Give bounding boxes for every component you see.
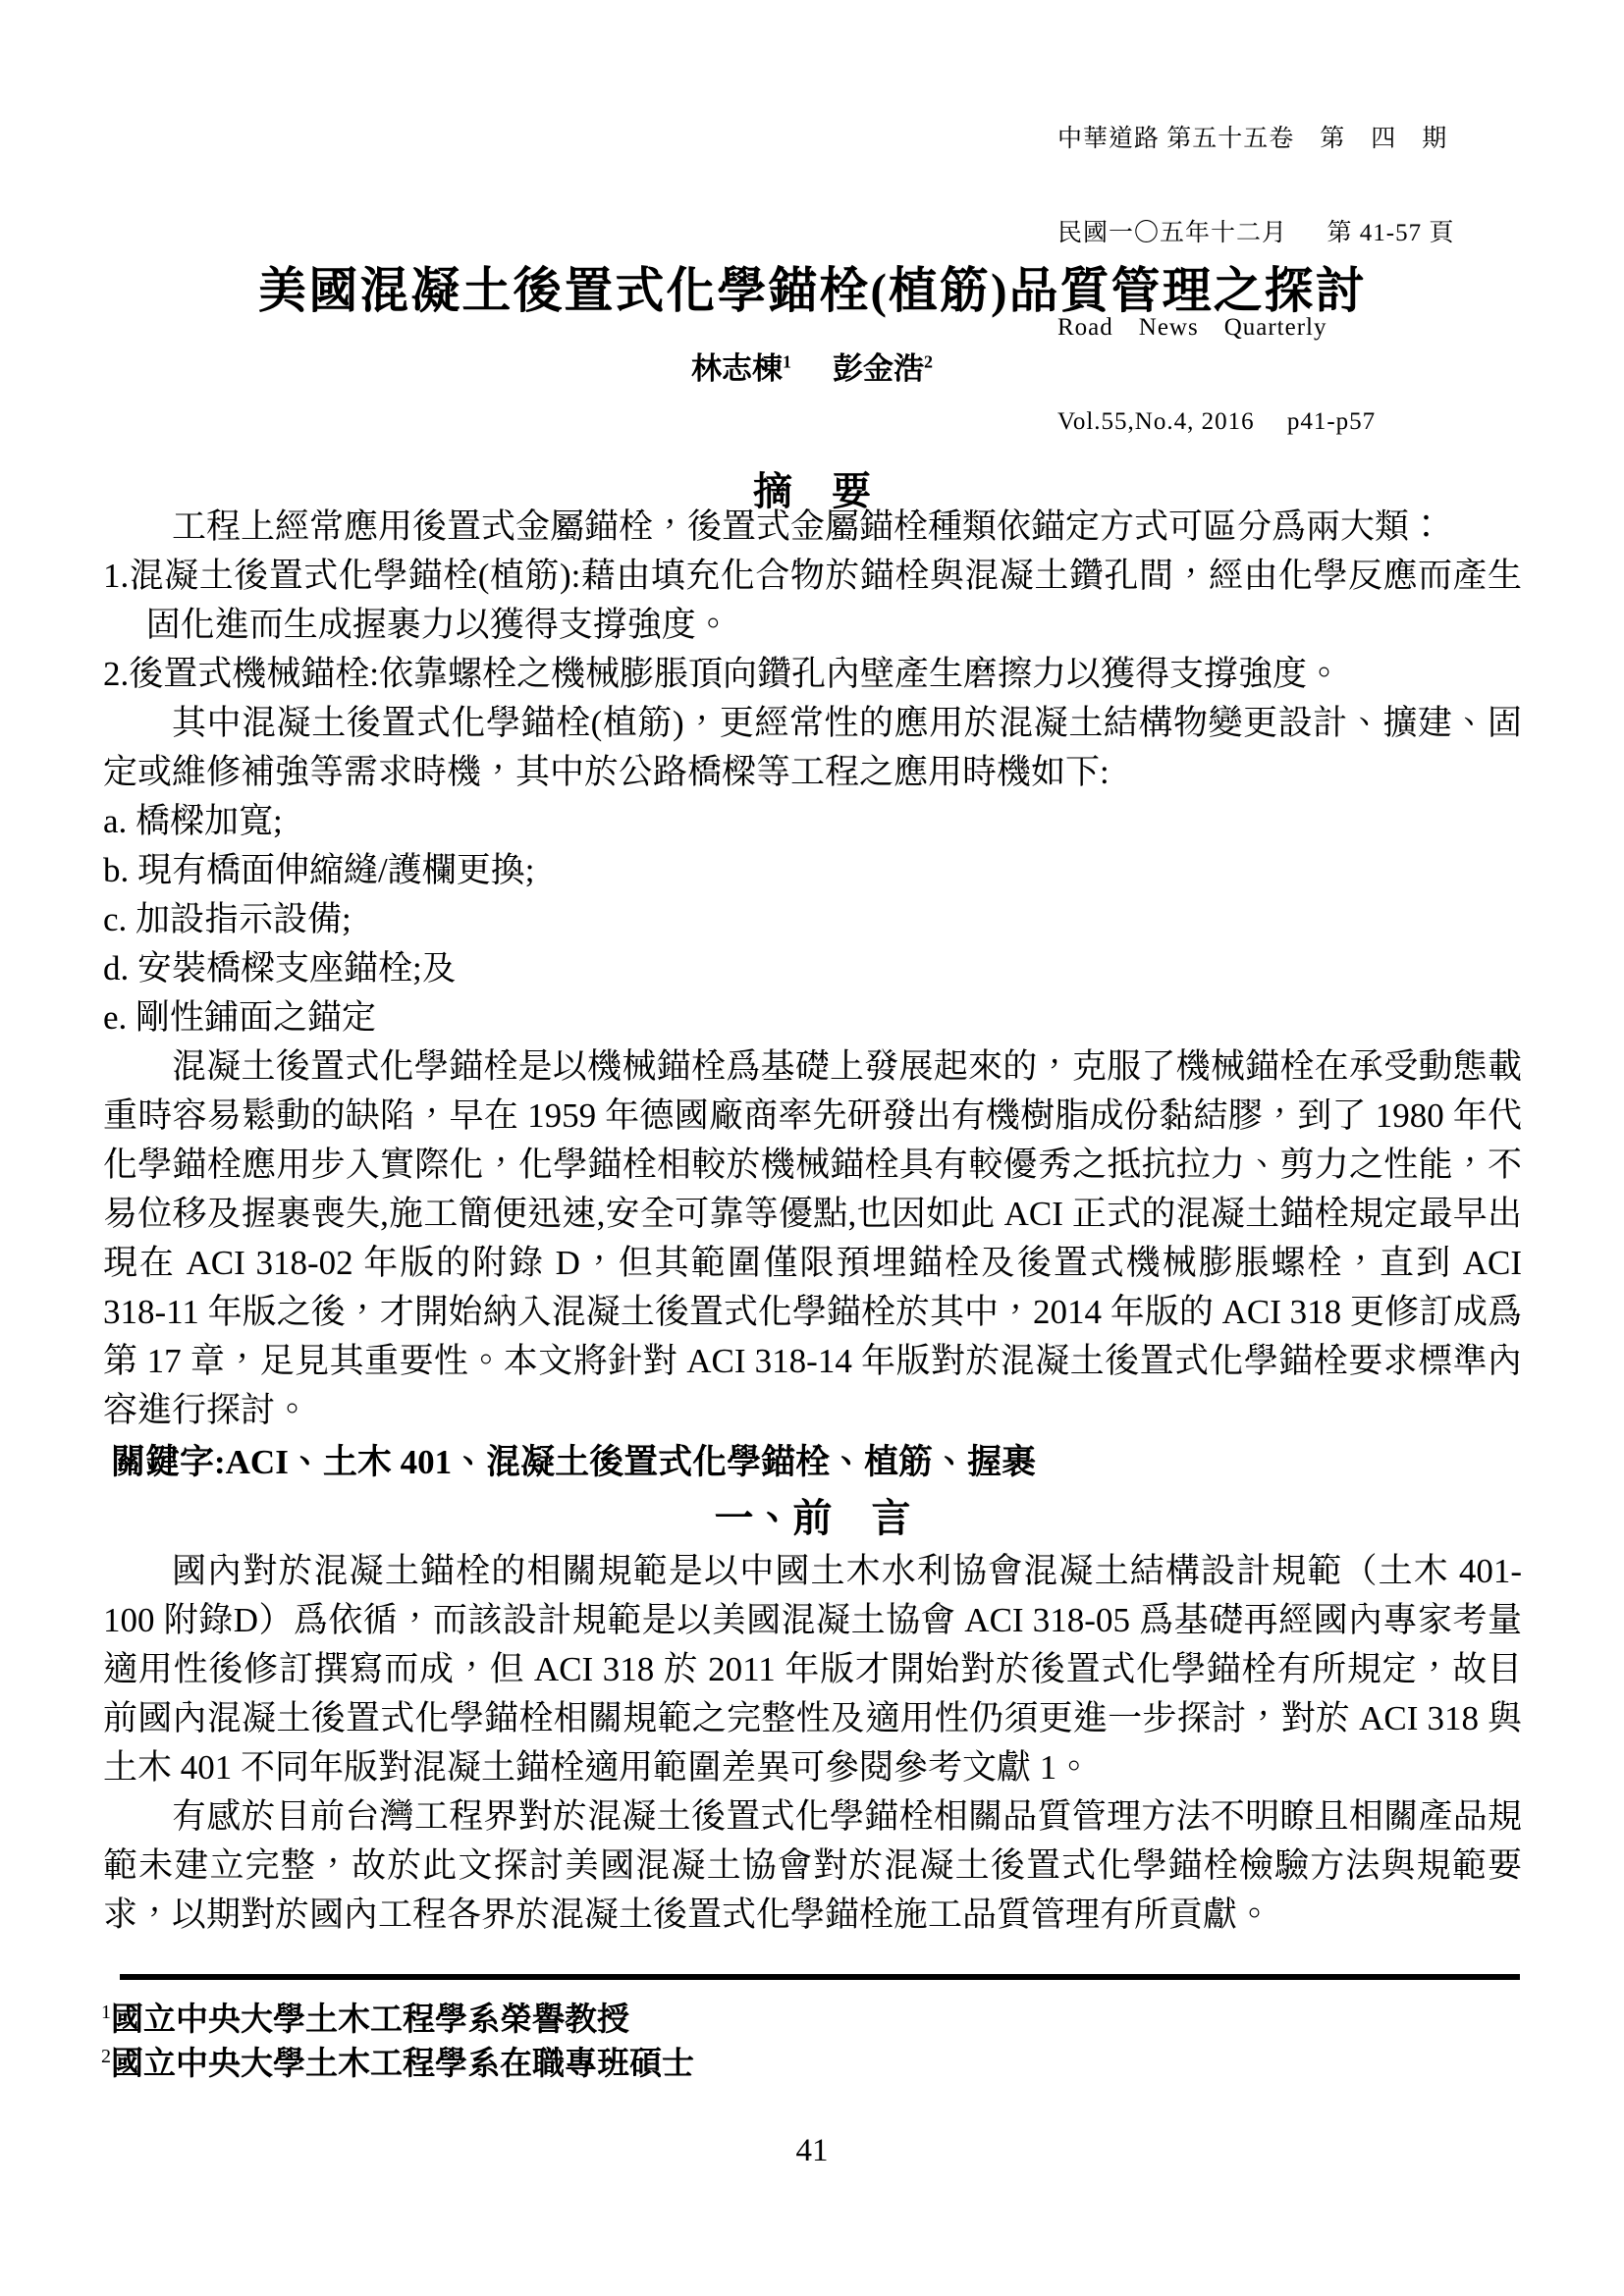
abstract-paragraph: b. 現有橋面伸縮縫/護欄更換; (103, 846, 1522, 895)
body-text: 工程上經常應用後置式金屬錨栓，後置式金屬錨栓種類依錨定方式可區分爲兩大類：1.混… (103, 503, 1522, 1940)
paper-title: 美國混凝土後置式化學錨栓(植筋)品質管理之探討 (0, 251, 1624, 322)
section-heading-introduction: 一、前 言 (103, 1493, 1522, 1544)
page-number: 41 (0, 2133, 1624, 2169)
abstract-paragraph: 2.後置式機械錨栓:依靠螺栓之機械膨脹頂向鑽孔內壁產生磨擦力以獲得支撐強度。 (103, 650, 1522, 699)
journal-header-line-vol-no: Vol.55,No.4, 2016 p41-p57 (1057, 406, 1454, 438)
superscript-number: 2 (924, 352, 933, 372)
abstract-paragraph: 混凝土後置式化學錨栓是以機械錨栓爲基礎上發展起來的，克服了機械錨栓在承受動態載重… (103, 1042, 1522, 1435)
introduction-body: 國內對於混凝土錨栓的相關規範是以中國土木水利協會混凝土結構設計規範（土木 401… (103, 1547, 1522, 1940)
abstract-body: 工程上經常應用後置式金屬錨栓，後置式金屬錨栓種類依錨定方式可區分爲兩大類：1.混… (103, 503, 1522, 1435)
introduction-paragraph: 國內對於混凝土錨栓的相關規範是以中國土木水利協會混凝土結構設計規範（土木 401… (103, 1547, 1522, 1792)
keywords-line: 關鍵字:ACI、土木 401、混凝土後置式化學錨栓、植筋、握裹 (103, 1437, 1522, 1488)
footnotes: 1國立中央大學土木工程學系榮譽教授2國立中央大學土木工程學系在職專班碩士 (101, 1997, 1520, 2085)
journal-header-line-volume: 中華道路 第五十五卷 第 四 期 (1057, 124, 1454, 155)
abstract-paragraph: d. 安裝橋樑支座錨栓;及 (103, 944, 1522, 993)
superscript-number: 1 (101, 2002, 111, 2023)
footnote: 2國立中央大學土木工程學系在職專班碩士 (101, 2041, 1520, 2085)
superscript-number: 2 (101, 2046, 111, 2067)
abstract-paragraph: a. 橋樑加寬; (103, 797, 1522, 846)
abstract-paragraph: 工程上經常應用後置式金屬錨栓，後置式金屬錨栓種類依錨定方式可區分爲兩大類： (103, 503, 1522, 552)
journal-header-line-date-pages: 民國一〇五年十二月 第 41-57 頁 (1057, 218, 1454, 249)
abstract-paragraph: e. 剛性鋪面之錨定 (103, 993, 1522, 1042)
superscript-number: 1 (783, 352, 791, 372)
footnote-separator-rule (120, 1974, 1520, 1980)
author-name: 彭金浩2 (833, 344, 933, 388)
footnote: 1國立中央大學土木工程學系榮譽教授 (101, 1997, 1520, 2041)
author-name: 林志棟1 (691, 344, 791, 388)
introduction-paragraph: 有感於目前台灣工程界對於混凝土後置式化學錨栓相關品質管理方法不明瞭且相關產品規範… (103, 1792, 1522, 1940)
authors-line: 林志棟1彭金浩2 (0, 344, 1624, 388)
abstract-paragraph: 其中混凝土後置式化學錨栓(植筋)，更經常性的應用於混凝土結構物變更設計、擴建、固… (103, 699, 1522, 797)
abstract-paragraph: 1.混凝土後置式化學錨栓(植筋):藉由填充化合物於錨栓與混凝土鑽孔間，經由化學反… (103, 552, 1522, 650)
abstract-paragraph: c. 加設指示設備; (103, 895, 1522, 944)
document-page: 中華道路 第五十五卷 第 四 期 民國一〇五年十二月 第 41-57 頁 Roa… (0, 0, 1624, 2296)
